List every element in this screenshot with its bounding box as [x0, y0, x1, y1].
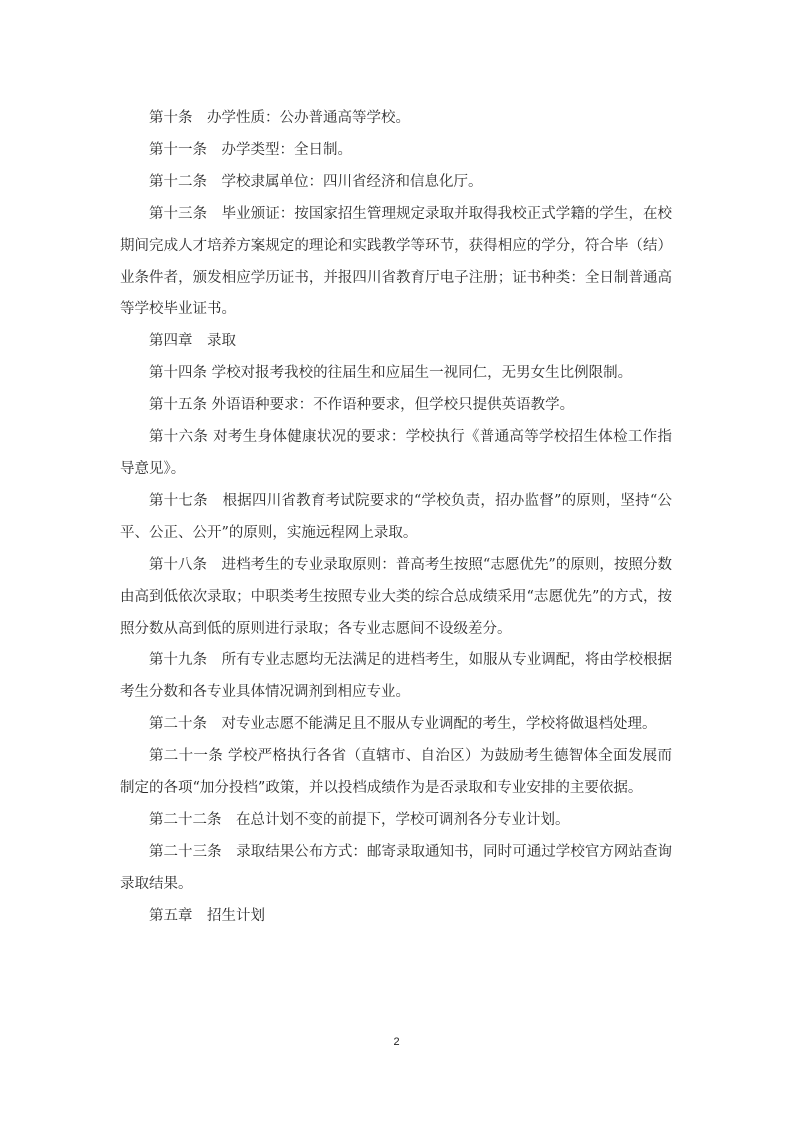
- article-22: 第二十二条 在总计划不变的前提下，学校可调剂各分专业计划。: [120, 805, 672, 837]
- article-16: 第十六条 对考生身体健康状况的要求：学校执行《普通高等学校招生体检工作指导意见》…: [120, 422, 672, 486]
- article-23: 第二十三条 录取结果公布方式：邮寄录取通知书，同时可通过学校官方网站查询录取结果…: [120, 837, 672, 901]
- article-11: 第十一条 办学类型：全日制。: [120, 135, 672, 167]
- article-13: 第十三条 毕业颁证：按国家招生管理规定录取并取得我校正式学籍的学生，在校期间完成…: [120, 199, 672, 327]
- page-number: 2: [0, 1036, 793, 1048]
- article-10: 第十条 办学性质：公办普通高等学校。: [120, 103, 672, 135]
- document-page: 第十条 办学性质：公办普通高等学校。 第十一条 办学类型：全日制。 第十二条 学…: [120, 103, 672, 933]
- article-21: 第二十一条 学校严格执行各省（直辖市、自治区）为鼓励考生德智体全面发展而制定的各…: [120, 741, 672, 805]
- article-14: 第十四条 学校对报考我校的往届生和应届生一视同仁，无男女生比例限制。: [120, 358, 672, 390]
- article-15: 第十五条 外语语种要求：不作语种要求，但学校只提供英语教学。: [120, 390, 672, 422]
- article-19: 第十九条 所有专业志愿均无法满足的进档考生，如服从专业调配，将由学校根据考生分数…: [120, 645, 672, 709]
- article-18: 第十八条 进档考生的专业录取原则：普高考生按照“志愿优先”的原则，按照分数由高到…: [120, 550, 672, 646]
- chapter-5-heading: 第五章 招生计划: [120, 901, 672, 933]
- article-20: 第二十条 对专业志愿不能满足且不服从专业调配的考生，学校将做退档处理。: [120, 709, 672, 741]
- article-17: 第十七条 根据四川省教育考试院要求的“学校负责，招办监督”的原则，坚持“公平、公…: [120, 486, 672, 550]
- chapter-4-heading: 第四章 录取: [120, 326, 672, 358]
- article-12: 第十二条 学校隶属单位：四川省经济和信息化厅。: [120, 167, 672, 199]
